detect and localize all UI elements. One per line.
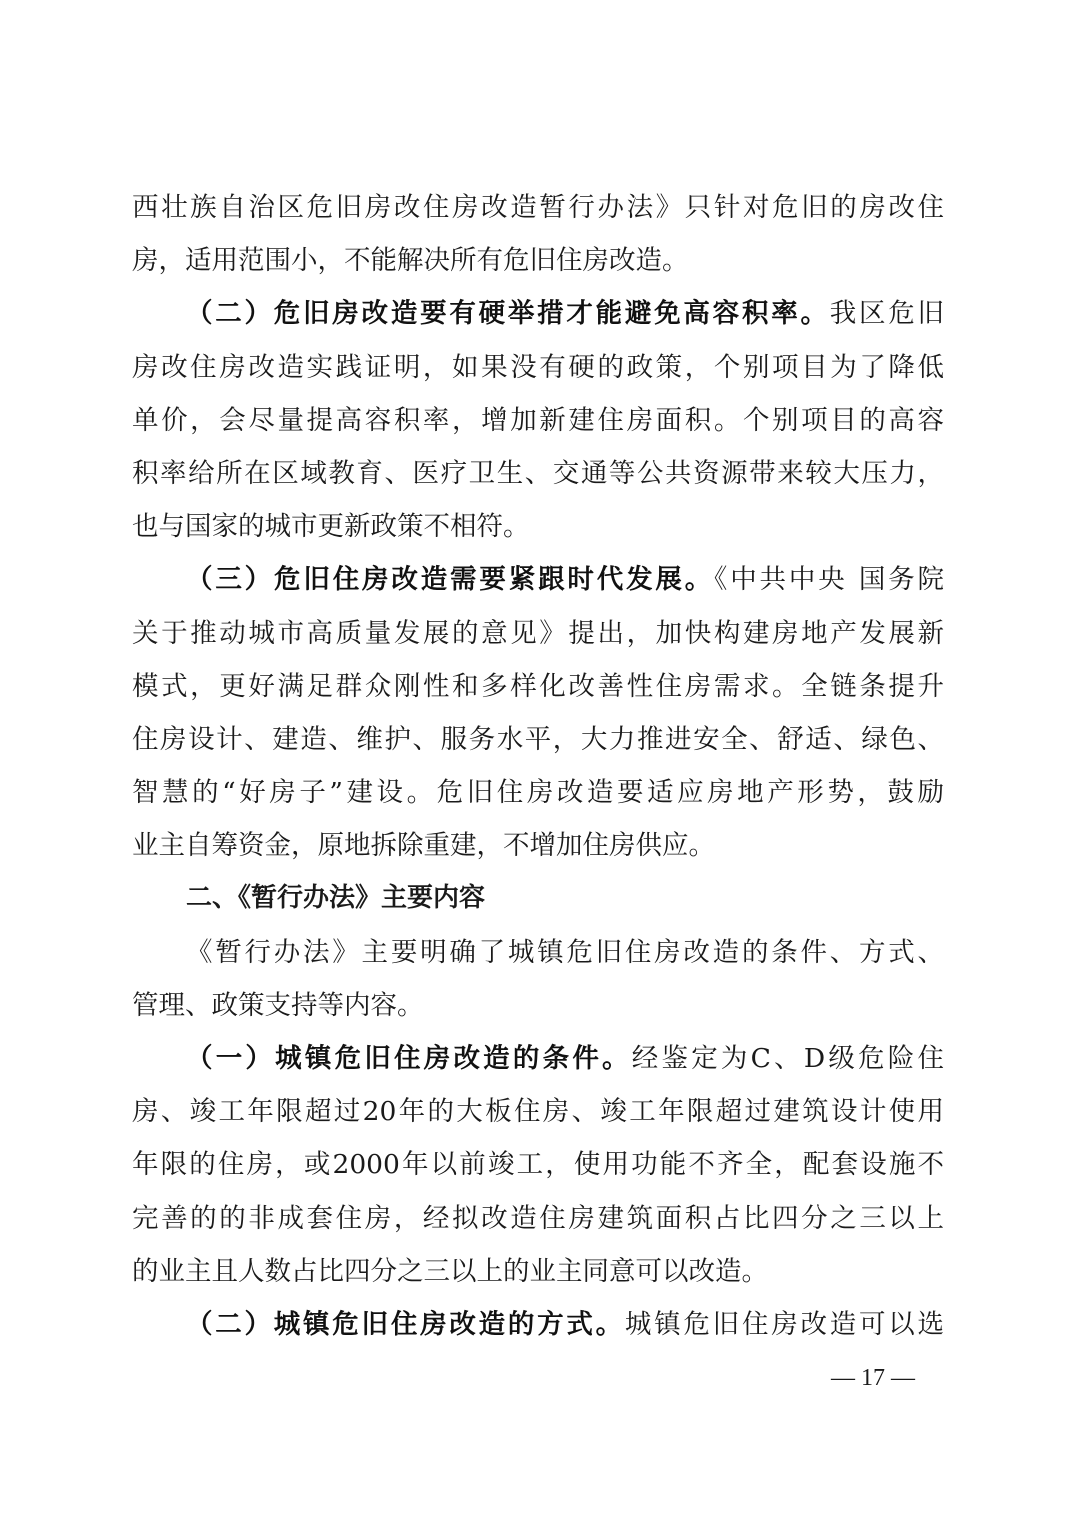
- paragraph-line: 单价，会尽量提高容积率，增加新建住房面积。个别项目的高容: [132, 394, 944, 447]
- paragraph-line: 的业主且人数占比四分之三以上的业主同意可以改造。: [132, 1245, 944, 1298]
- paragraph-line: 完善的的非成套住房，经拟改造住房建筑面积占比四分之三以上: [132, 1192, 944, 1245]
- paragraph-line: 积率给所在区域教育、医疗卫生、交通等公共资源带来较大压力，: [132, 447, 944, 500]
- paragraph-line: 房、竣工年限超过20年的大板住房、竣工年限超过建筑设计使用: [132, 1085, 944, 1138]
- paragraph-line: 模式，更好满足群众刚性和多样化改善性住房需求。全链条提升: [132, 660, 944, 713]
- paragraph-line: 西壮族自治区危旧房改住房改造暂行办法》只针对危旧的房改住: [132, 181, 944, 234]
- paragraph-line: 《暂行办法》主要明确了城镇危旧住房改造的条件、方式、: [132, 926, 944, 979]
- subsection-line: （二）城镇危旧住房改造的方式。城镇危旧住房改造可以选: [132, 1298, 944, 1351]
- paragraph-line: 房，适用范围小，不能解决所有危旧住房改造。: [132, 234, 944, 287]
- subsection-line: （三）危旧住房改造需要紧跟时代发展。《中共中央 国务院: [132, 553, 944, 606]
- paragraph-line: 智慧的“好房子”建设。危旧住房改造要适应房地产形势，鼓励: [132, 766, 944, 819]
- subsection-line: （一）城镇危旧住房改造的条件。经鉴定为C、D级危险住: [132, 1032, 944, 1085]
- subsection-line: （二）危旧房改造要有硬举措才能避免高容积率。我区危旧: [132, 287, 944, 340]
- subsection-title: （二）危旧房改造要有硬举措才能避免高容积率。: [186, 298, 830, 329]
- paragraph-line: 年限的住房，或2000年以前竣工，使用功能不齐全，配套设施不: [132, 1138, 944, 1191]
- paragraph-text: 我区危旧: [830, 298, 944, 329]
- paragraph-line: 业主自筹资金，原地拆除重建，不增加住房供应。: [132, 819, 944, 872]
- subsection-title: （二）城镇危旧住房改造的方式。: [186, 1309, 625, 1340]
- paragraph-line: 住房设计、建造、维护、服务水平，大力推进安全、舒适、绿色、: [132, 713, 944, 766]
- paragraph-line: 也与国家的城市更新政策不相符。: [132, 500, 944, 553]
- paragraph-line: 关于推动城市高质量发展的意见》提出，加快构建房地产发展新: [132, 607, 944, 660]
- paragraph-text: 经鉴定为C、D级危险住: [632, 1043, 944, 1074]
- paragraph-line: 管理、政策支持等内容。: [132, 979, 944, 1032]
- page-number: — 17 —: [826, 1362, 920, 1394]
- document-page: 西壮族自治区危旧房改住房改造暂行办法》只针对危旧的房改住 房，适用范围小，不能解…: [0, 0, 1074, 1520]
- subsection-title: （一）城镇危旧住房改造的条件。: [186, 1043, 632, 1074]
- subsection-title: （三）危旧住房改造需要紧跟时代发展。: [186, 564, 714, 595]
- paragraph-text: 城镇危旧住房改造可以选: [625, 1309, 944, 1340]
- body-text: 西壮族自治区危旧房改住房改造暂行办法》只针对危旧的房改住 房，适用范围小，不能解…: [132, 181, 944, 1351]
- section-heading: 二、《暂行办法》主要内容: [132, 872, 944, 925]
- paragraph-text: 《中共中央 国务院: [714, 564, 944, 595]
- paragraph-line: 房改住房改造实践证明，如果没有硬的政策，个别项目为了降低: [132, 341, 944, 394]
